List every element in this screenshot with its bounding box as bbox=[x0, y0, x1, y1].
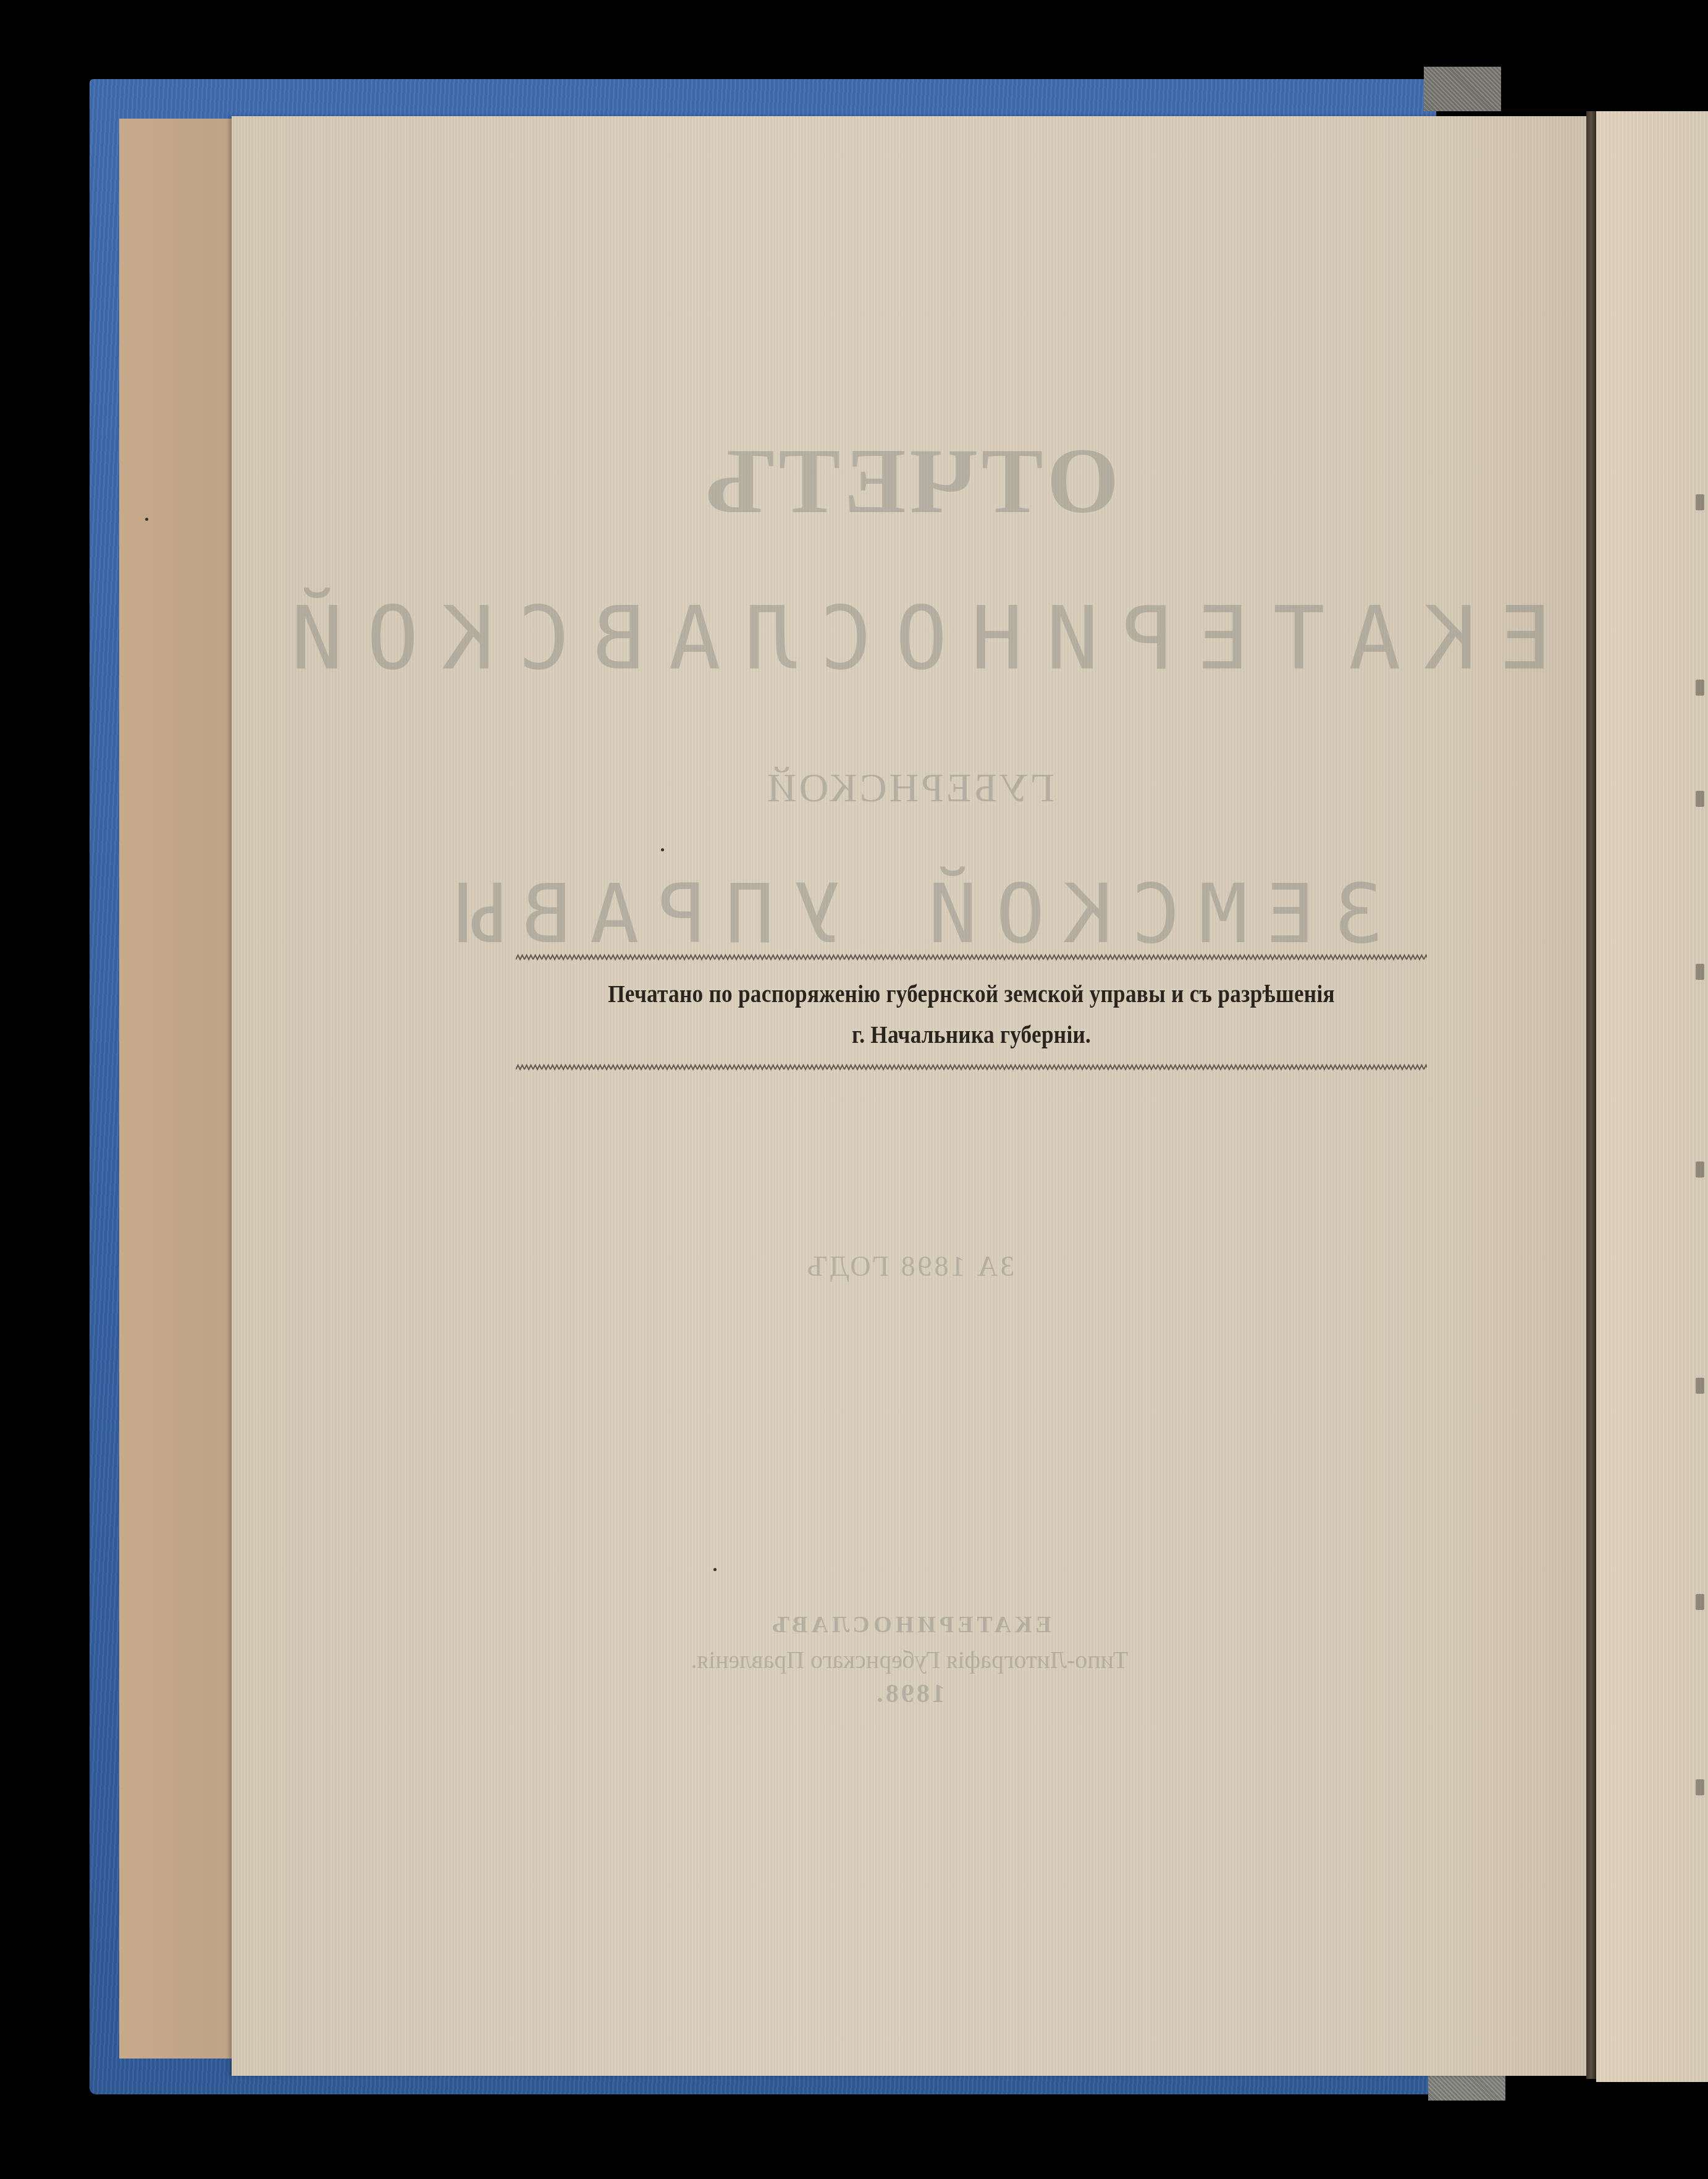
paper-speck bbox=[713, 1568, 717, 1571]
text-fragment-mark bbox=[1696, 791, 1704, 807]
title-page-verso: ОТЧЕТЪ ЕКАТЕРИНОСЛАВСКОЙ ГУБЕРНСКОЙ ЗЕМС… bbox=[232, 116, 1588, 2076]
bleed-through-line: ЕКАТЕРИНОСЛАВСКОЙ bbox=[232, 589, 1588, 689]
book-gutter bbox=[1586, 111, 1596, 2079]
bleed-through-press: Типо-Литографія Губернскаго Правленія. bbox=[232, 1645, 1588, 1674]
text-fragment-mark bbox=[1696, 680, 1704, 696]
facing-page-edge bbox=[1596, 111, 1708, 2082]
imprint-line-1: Печатано по распоряженію губернской земс… bbox=[579, 973, 1363, 1014]
paper-speck bbox=[661, 848, 664, 851]
wavy-rule-top bbox=[516, 953, 1427, 962]
wavy-rule-bottom bbox=[516, 1063, 1427, 1072]
text-fragment-mark bbox=[1696, 1779, 1704, 1795]
spine-corner-bottom bbox=[1428, 2073, 1505, 2101]
paper-speck bbox=[145, 518, 148, 521]
text-fragment-mark bbox=[1696, 1161, 1704, 1178]
text-fragment-mark bbox=[1696, 494, 1704, 510]
bleed-through-line: ЗА 1898 ГОДЪ bbox=[232, 1250, 1588, 1283]
text-fragment-mark bbox=[1696, 1378, 1704, 1394]
bleed-through-title: ОТЧЕТЪ bbox=[232, 428, 1588, 534]
spine-corner-top bbox=[1424, 67, 1501, 111]
bleed-through-city: ЕКАТЕРИНОСЛАВЪ bbox=[232, 1611, 1588, 1638]
bleed-through-year: 1898. bbox=[232, 1679, 1588, 1709]
imprint-line-2: г. Начальника губерніи. bbox=[579, 1014, 1363, 1055]
printing-permission-block: Печатано по распоряженію губернской земс… bbox=[516, 953, 1427, 1072]
text-fragment-mark bbox=[1696, 1594, 1704, 1610]
bleed-through-line: ЗЕМСКОЙ УПРАВЫ bbox=[232, 867, 1588, 962]
text-fragment-mark bbox=[1696, 964, 1704, 980]
bleed-through-line: ГУБЕРНСКОЙ bbox=[232, 765, 1588, 812]
